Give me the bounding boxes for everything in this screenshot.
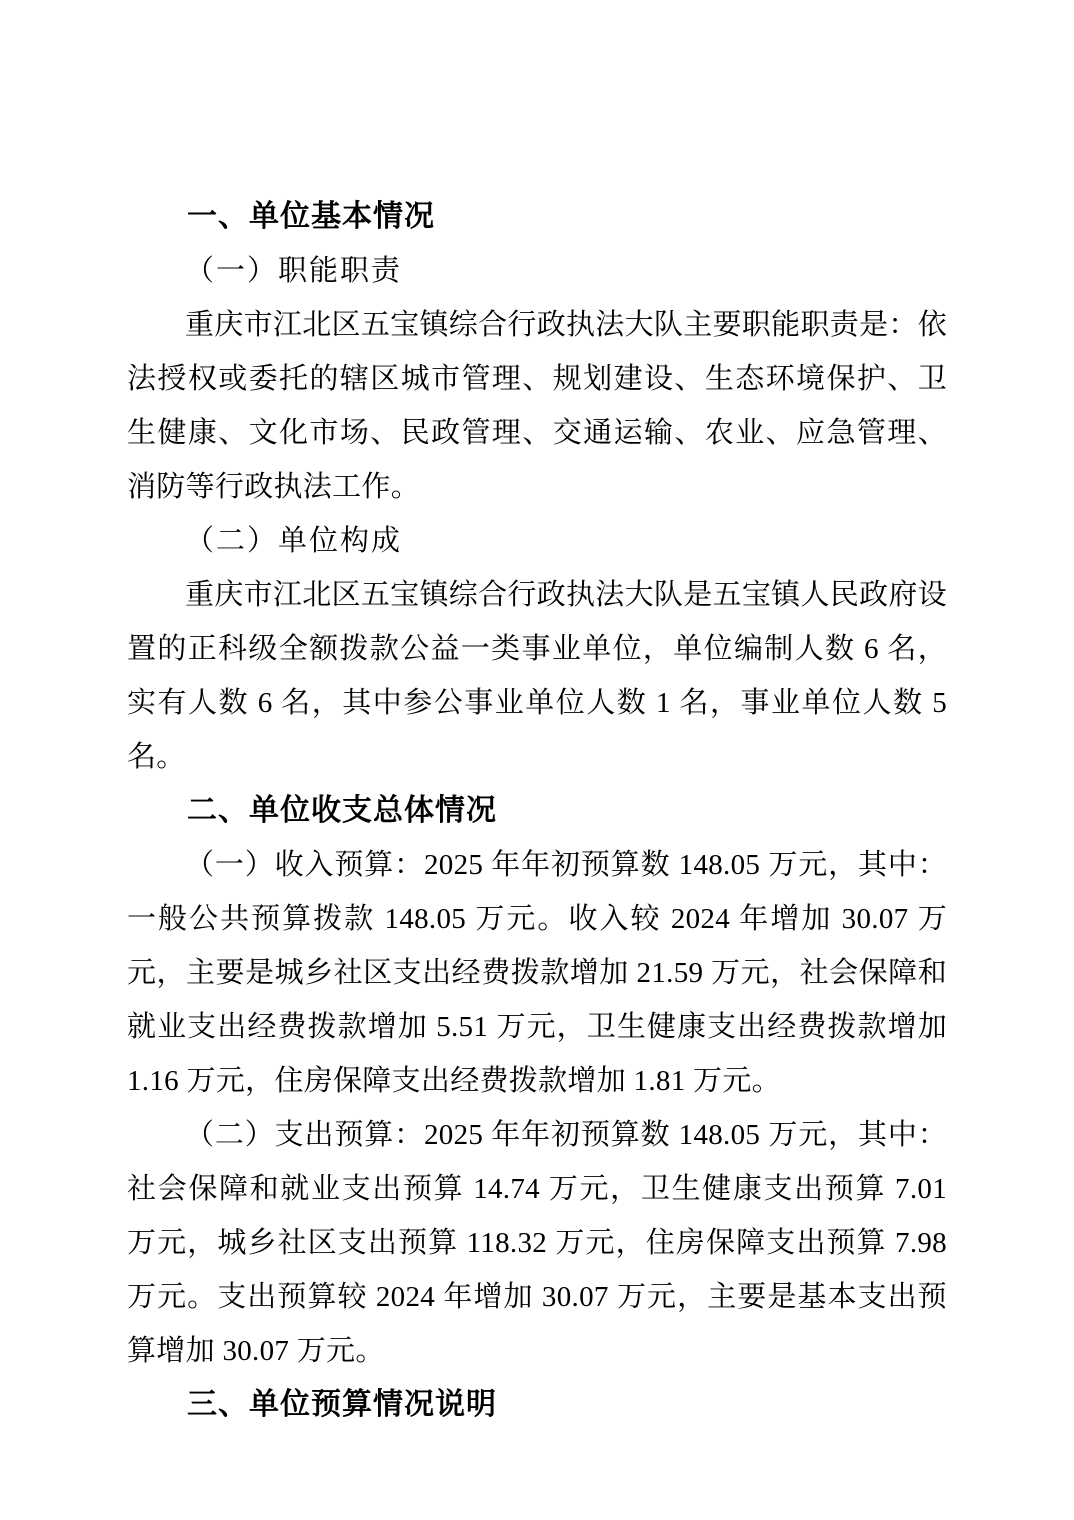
section-heading-budget-explanation: 三、单位预算情况说明 bbox=[127, 1378, 947, 1432]
paragraph-composition: 重庆市江北区五宝镇综合行政执法大队是五宝镇人民政府设置的正科级全额拨款公益一类事… bbox=[127, 568, 947, 784]
document-page: 一、单位基本情况 （一）职能职责 重庆市江北区五宝镇综合行政执法大队主要职能职责… bbox=[0, 0, 1074, 1520]
document-body: 一、单位基本情况 （一）职能职责 重庆市江北区五宝镇综合行政执法大队主要职能职责… bbox=[127, 190, 947, 1432]
section-heading-basic-info: 一、单位基本情况 bbox=[127, 190, 947, 244]
section-heading-revenue-expenditure-overview: 二、单位收支总体情况 bbox=[127, 784, 947, 838]
paragraph-duties: 重庆市江北区五宝镇综合行政执法大队主要职能职责是：依法授权或委托的辖区城市管理、… bbox=[127, 298, 947, 514]
subsection-heading-composition: （二）单位构成 bbox=[127, 514, 947, 568]
subsection-heading-duties: （一）职能职责 bbox=[127, 244, 947, 298]
paragraph-expenditure-budget: （二）支出预算：2025 年年初预算数 148.05 万元，其中：社会保障和就业… bbox=[127, 1108, 947, 1378]
paragraph-income-budget: （一）收入预算：2025 年年初预算数 148.05 万元，其中：一般公共预算拨… bbox=[127, 838, 947, 1108]
